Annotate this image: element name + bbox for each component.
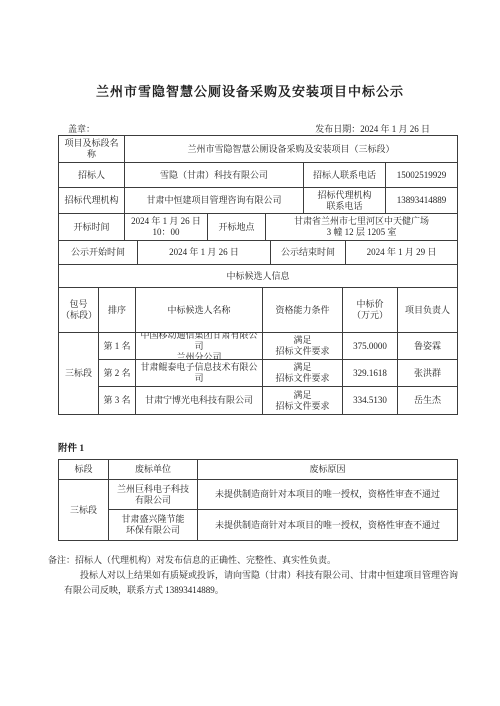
rejected-body-row: 三标段 兰州巨科电子科技 有限公司 未提供制造商针对本项目的唯一授权，资格性审查… (59, 480, 457, 540)
candidate-price: 334.5130 (343, 387, 398, 414)
page-title: 兰州市雪隐智慧公厕设备采购及安装项目中标公示 (0, 0, 500, 100)
candidate-manager: 张洪群 (398, 360, 457, 386)
candidate-row-3: 第 3 名 甘肃宁博光电科技有限公司 满足 招标文件要求 334.5130 岳生… (99, 387, 457, 414)
meta-row: 盖章： 发布日期：2024 年 1 月 26 日 (58, 122, 456, 135)
publicity-end-value: 2024 年 1 月 29 日 (346, 241, 457, 264)
candidate-row-2: 第 2 名 甘肃鲲泰电子信息技术有限公司 满足 招标文件要求 329.1618 … (99, 360, 457, 387)
candidates-rows: 第 1 名 中国移动通信集团甘肃有限公司 兰州分公司 满足 招标文件要求 375… (99, 333, 457, 414)
candidate-row-1: 第 1 名 中国移动通信集团甘肃有限公司 兰州分公司 满足 招标文件要求 375… (99, 333, 457, 360)
rejected-header-row: 标段 废标单位 废标原因 (59, 460, 457, 480)
publicity-start-value: 2024 年 1 月 26 日 (138, 241, 271, 264)
rejected-unit: 兰州巨科电子科技 有限公司 (109, 480, 198, 509)
opening-place-value: 甘肃省兰州市七里河区中天健广场 3 幢 12 层 1205 室 (266, 214, 457, 240)
tenderer-phone-label: 招标人联系电话 (304, 163, 386, 187)
rejected-row-1: 兰州巨科电子科技 有限公司 未提供制造商针对本项目的唯一授权，资格性审查不通过 (109, 480, 457, 510)
header-rank: 排序 (99, 288, 136, 332)
candidate-qualification: 满足 招标文件要求 (263, 333, 343, 359)
agency-label: 招标代理机构 (59, 188, 125, 213)
candidate-name: 甘肃宁博光电科技有限公司 (136, 387, 263, 414)
rejected-package: 三标段 (59, 480, 109, 540)
table-row-section-header: 中标候选人信息 (59, 265, 457, 288)
candidate-price: 375.0000 (343, 333, 398, 359)
publicity-start-label: 公示开始时间 (59, 241, 138, 264)
agency-value: 甘肃中恒建项目管理咨询有限公司 (125, 188, 304, 213)
agency-phone-label: 招标代理机构 联系电话 (304, 188, 386, 213)
opening-time-label: 开标时间 (59, 214, 125, 240)
remarks: 备注：招标人（代理机构）对发布信息的正确性、完整性、真实性负责。 投标人对以上结… (48, 553, 464, 598)
candidate-rank: 第 1 名 (99, 333, 136, 359)
candidates-body-row: 三标段 第 1 名 中国移动通信集团甘肃有限公司 兰州分公司 满足 招标文件要求… (59, 333, 457, 414)
rejected-rows: 兰州巨科电子科技 有限公司 未提供制造商针对本项目的唯一授权，资格性审查不通过 … (109, 480, 457, 540)
rejected-unit: 甘肃盛兴隆节能 环保有限公司 (109, 510, 198, 540)
opening-place-label: 开标地点 (208, 214, 266, 240)
remarks-line-1: 备注：招标人（代理机构）对发布信息的正确性、完整性、真实性负责。 (48, 553, 464, 568)
tenderer-label: 招标人 (59, 163, 125, 187)
document-page: 兰州市雪隐智慧公厕设备采购及安装项目中标公示 盖章： 发布日期：2024 年 1… (0, 0, 500, 706)
tenderer-value: 雪隐（甘肃）科技有限公司 (125, 163, 304, 187)
candidate-manager: 鲁姿霖 (398, 333, 457, 359)
rejected-bids-table: 标段 废标单位 废标原因 三标段 兰州巨科电子科技 有限公司 未提供制造商针对本… (58, 459, 458, 541)
header-rejected-reason: 废标原因 (198, 460, 457, 479)
table-row-publicity-period: 公示开始时间 2024 年 1 月 26 日 公示结束时间 2024 年 1 月… (59, 241, 457, 265)
header-section: 标段 (59, 460, 109, 479)
header-manager: 项目负责人 (398, 288, 457, 332)
candidate-qualification: 满足 招标文件要求 (263, 387, 343, 414)
project-name-value: 兰州市雪隐智慧公厕设备采购及安装项目（三标段） (125, 136, 457, 162)
rejected-reason: 未提供制造商针对本项目的唯一授权，资格性审查不通过 (198, 480, 457, 509)
seal-label: 盖章： (58, 122, 95, 135)
tenderer-phone-value: 15002519929 (386, 163, 457, 187)
candidate-manager: 岳生杰 (398, 387, 457, 414)
publish-date: 发布日期：2024 年 1 月 26 日 (315, 122, 456, 135)
project-name-label: 项目及标段名 称 (59, 136, 125, 162)
header-rejected-unit: 废标单位 (109, 460, 198, 479)
candidates-package: 三标段 (59, 333, 99, 414)
header-package: 包号 （标段） (59, 288, 99, 332)
header-candidate-name: 中标候选人名称 (136, 288, 263, 332)
table-row-bid-opening: 开标时间 2024 年 1 月 26 日 10：00 开标地点 甘肃省兰州市七里… (59, 214, 457, 241)
attachment-title: 附件 1 (58, 440, 500, 454)
candidates-section-header: 中标候选人信息 (59, 265, 457, 287)
candidates-header-row: 包号 （标段） 排序 中标候选人名称 资格能力条件 中标价 （万元） 项目负责人 (59, 288, 457, 333)
candidate-name: 甘肃鲲泰电子信息技术有限公司 (136, 360, 263, 386)
remarks-line-2: 投标人对以上结果如有质疑或投诉，请向雪隐（甘肃）科技有限公司、甘肃中恒建项目管理… (64, 568, 464, 598)
header-qualification: 资格能力条件 (263, 288, 343, 332)
agency-phone-value: 13893414889 (386, 188, 457, 213)
rejected-row-2: 甘肃盛兴隆节能 环保有限公司 未提供制造商针对本项目的唯一授权，资格性审查不通过 (109, 510, 457, 540)
candidate-rank: 第 3 名 (99, 387, 136, 414)
candidate-price: 329.1618 (343, 360, 398, 386)
table-row-project-name: 项目及标段名 称 兰州市雪隐智慧公厕设备采购及安装项目（三标段） (59, 136, 457, 163)
header-price: 中标价 （万元） (343, 288, 398, 332)
candidate-rank: 第 2 名 (99, 360, 136, 386)
opening-time-value: 2024 年 1 月 26 日 10：00 (125, 214, 208, 240)
table-row-agency: 招标代理机构 甘肃中恒建项目管理咨询有限公司 招标代理机构 联系电话 13893… (59, 188, 457, 214)
table-row-tenderer: 招标人 雪隐（甘肃）科技有限公司 招标人联系电话 15002519929 (59, 163, 457, 188)
project-info-table: 项目及标段名 称 兰州市雪隐智慧公厕设备采购及安装项目（三标段） 招标人 雪隐（… (58, 135, 458, 415)
rejected-reason: 未提供制造商针对本项目的唯一授权，资格性审查不通过 (198, 510, 457, 540)
candidate-name: 中国移动通信集团甘肃有限公司 兰州分公司 (136, 333, 263, 359)
candidate-qualification: 满足 招标文件要求 (263, 360, 343, 386)
publicity-end-label: 公示结束时间 (271, 241, 346, 264)
